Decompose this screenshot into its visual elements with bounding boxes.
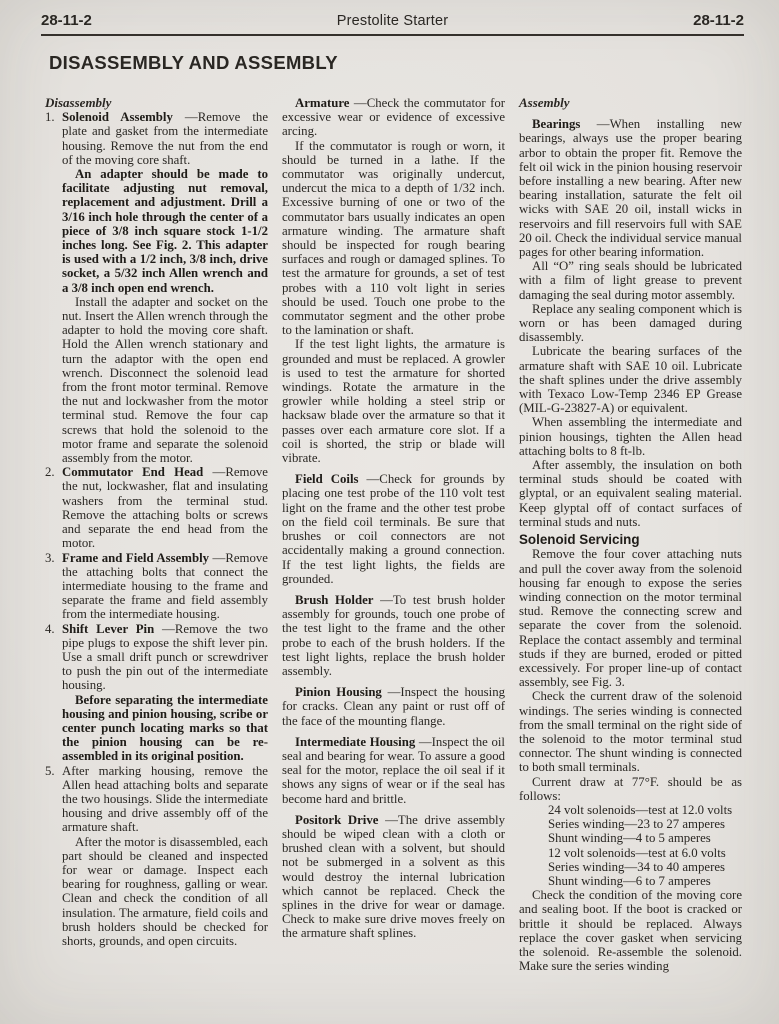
columns: Disassembly1.Solenoid Assembly —Remove t… (45, 96, 742, 973)
runin: Field Coils —Check for grounds by placin… (282, 472, 505, 586)
step-number: 4. (45, 622, 55, 636)
para: Check the condition of the moving core a… (519, 888, 742, 973)
run-in-heading: Pinion Housing (295, 685, 382, 699)
run-in-heading: Intermediate Housing (295, 735, 415, 749)
para: Lubricate the bearing surfaces of the ar… (519, 344, 742, 415)
numbered-step: 1.Solenoid Assembly —Remove the plate an… (45, 110, 268, 167)
spec-line: Series winding—34 to 40 amperes (519, 860, 742, 874)
sans-heading: Solenoid Servicing (519, 533, 742, 547)
para: After assembly, the insulation on both t… (519, 458, 742, 529)
text-column-2: Armature —Check the commutator for exces… (282, 96, 505, 973)
run-in-heading: Solenoid Assembly (62, 110, 173, 124)
step-number: 1. (45, 110, 55, 124)
text-column-3: AssemblyBearings —When installing new be… (519, 96, 742, 973)
spec-line: 12 volt solenoids—test at 6.0 volts (519, 846, 742, 860)
run-in-heading: Field Coils (295, 472, 358, 486)
para: All “O” ring seals should be lubricated … (519, 259, 742, 302)
numbered-step: 4.Shift Lever Pin —Remove the two pipe p… (45, 622, 268, 693)
numbered-step: 5.After marking housing, remove the Alle… (45, 764, 268, 835)
para: Remove the four cover attaching nuts and… (519, 547, 742, 689)
para: If the commutator is rough or worn, it s… (282, 139, 505, 338)
section-title: DISASSEMBLY AND ASSEMBLY (49, 52, 338, 74)
page-number-right: 28-11-2 (693, 12, 744, 29)
step-number: 3. (45, 551, 55, 565)
italic-heading: Disassembly (45, 96, 268, 110)
spec-line: Shunt winding—6 to 7 amperes (519, 874, 742, 888)
runin: Positork Drive —The drive assembly shoul… (282, 813, 505, 941)
running-title: Prestolite Starter (92, 13, 693, 29)
run-in-heading: Commutator End Head (62, 465, 203, 479)
spec-line: Shunt winding—4 to 5 amperes (519, 831, 742, 845)
spec-line: Series winding—23 to 27 amperes (519, 817, 742, 831)
page-number-left: 28-11-2 (41, 12, 92, 29)
spec-line: 24 volt solenoids—test at 12.0 volts (519, 803, 742, 817)
runin: Intermediate Housing —Inspect the oil se… (282, 735, 505, 806)
para: Current draw at 77°F. should be as follo… (519, 775, 742, 803)
step-number: 5. (45, 764, 55, 778)
runin: Brush Holder —To test brush holder assem… (282, 593, 505, 678)
sub-para: Install the adapter and socket on the nu… (62, 295, 268, 465)
run-in-heading: Frame and Field Assembly (62, 551, 209, 565)
para: If the test light lights, the armature i… (282, 337, 505, 465)
run-in-heading: Brush Holder (295, 593, 373, 607)
para: When assembling the intermediate and pin… (519, 415, 742, 458)
numbered-step: 3.Frame and Field Assembly —Remove the a… (45, 551, 268, 622)
runin: Pinion Housing —Inspect the housing for … (282, 685, 505, 728)
sub-bold: Before separating the intermediate housi… (62, 693, 268, 764)
sub-bold: An adapter should be made to facilitate … (62, 167, 268, 295)
runin: Bearings —When installing new bearings, … (519, 117, 742, 259)
italic-heading: Assembly (519, 96, 742, 110)
run-in-heading: Armature (295, 96, 350, 110)
run-in-heading: Positork Drive (295, 813, 378, 827)
text-column-1: Disassembly1.Solenoid Assembly —Remove t… (45, 96, 268, 973)
para: Replace any sealing component which is w… (519, 302, 742, 345)
numbered-step: 2.Commutator End Head —Remove the nut, l… (45, 465, 268, 550)
step-number: 2. (45, 465, 55, 479)
run-in-heading: Bearings (532, 117, 580, 131)
run-in-heading: Shift Lever Pin (62, 622, 154, 636)
para: Check the current draw of the solenoid w… (519, 689, 742, 774)
sub-para: After the motor is disassembled, each pa… (62, 835, 268, 949)
header-rule (41, 34, 744, 36)
page-header: 28-11-2 Prestolite Starter 28-11-2 (41, 12, 744, 29)
manual-page: 28-11-2 Prestolite Starter 28-11-2 DISAS… (0, 0, 779, 1024)
runin: Armature —Check the commutator for exces… (282, 96, 505, 139)
